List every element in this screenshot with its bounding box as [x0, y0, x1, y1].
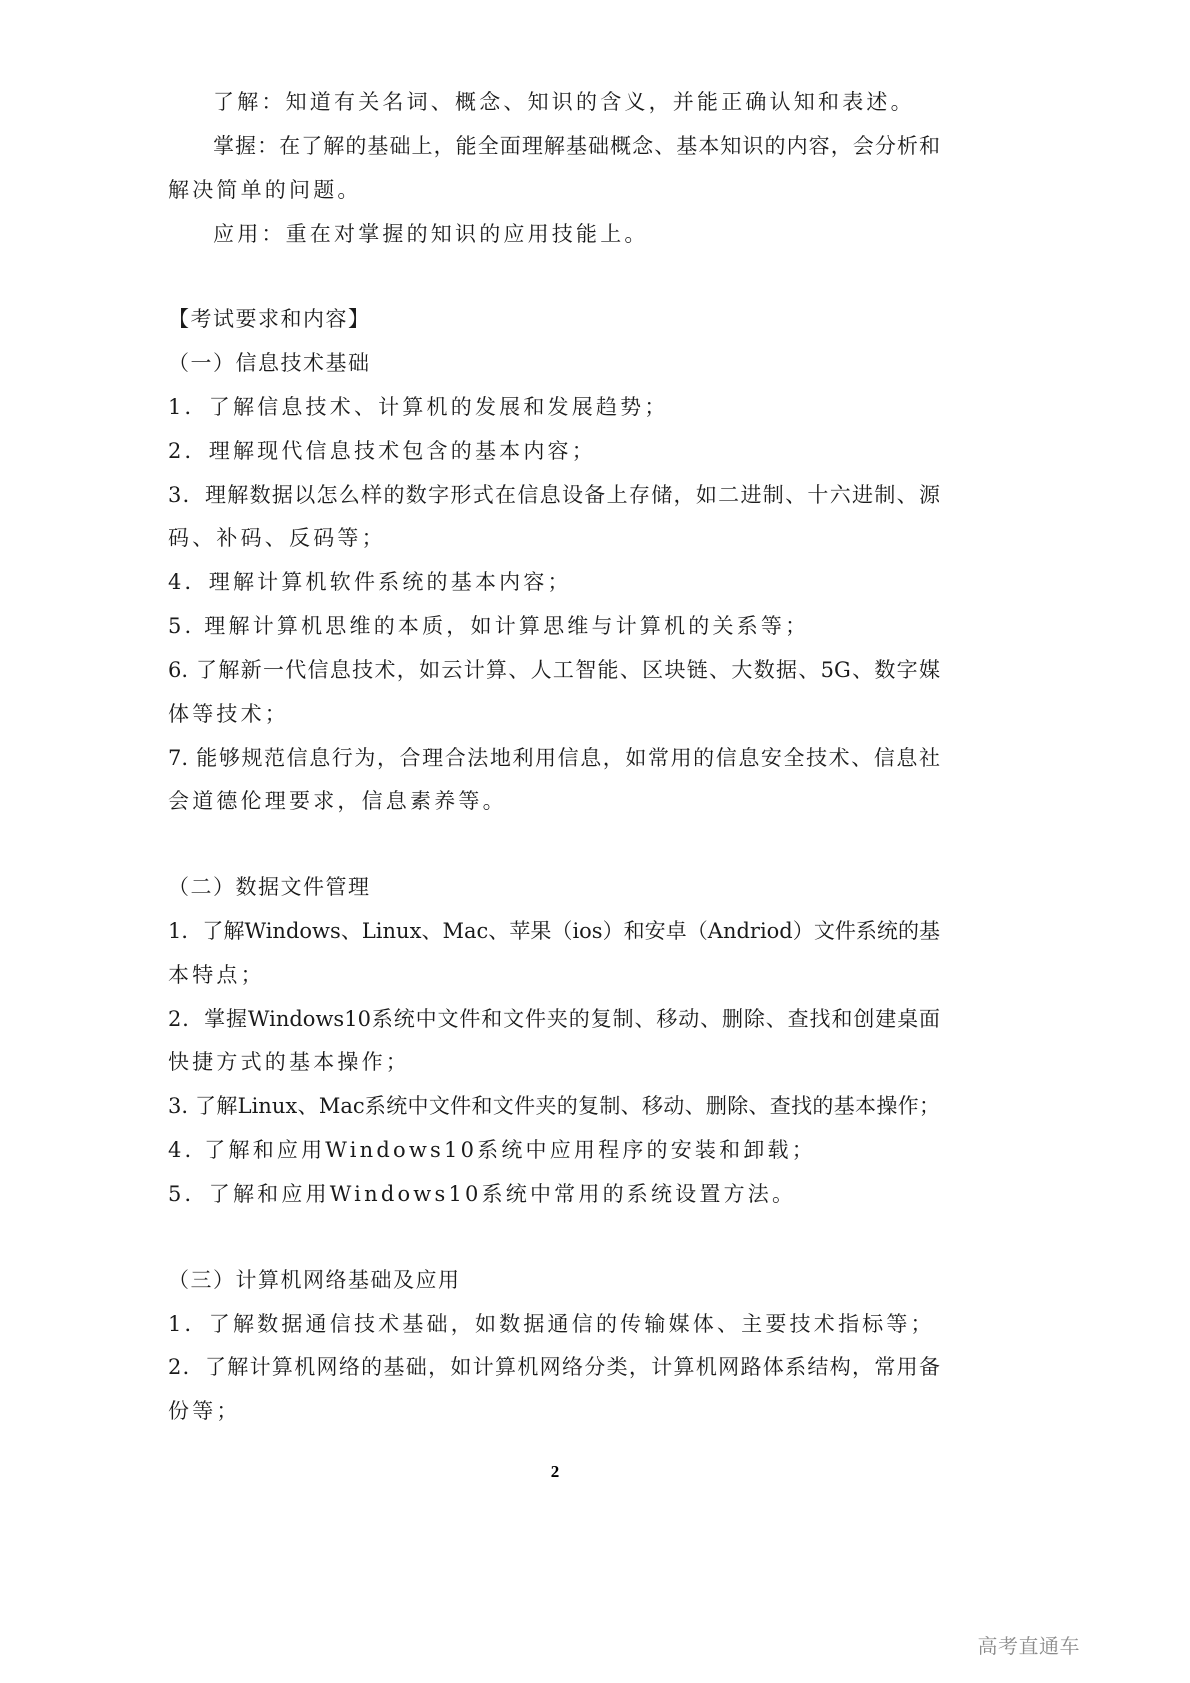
section-2-item-2-line2: 快捷方式的基本操作；: [168, 1048, 948, 1076]
section-3-item-2-line2: 份等；: [168, 1397, 948, 1425]
section-1-item-2: 2．理解现代信息技术包含的基本内容；: [168, 437, 948, 465]
section-3-item-1: 1．了解数据通信技术基础，如数据通信的传输媒体、主要技术指标等；: [168, 1310, 948, 1338]
section-1-item-1: 1．了解信息技术、计算机的发展和发展趋势；: [168, 393, 948, 421]
section-1-title: （一）信息技术基础: [168, 349, 948, 377]
exam-requirements-heading: 【考试要求和内容】: [168, 305, 948, 333]
section-1-item-5: 5. 理解计算机思维的本质，如计算思维与计算机的关系等；: [168, 612, 948, 640]
page-number: 2: [0, 1462, 1110, 1482]
section-2-item-4: 4. 了解和应用Windows10系统中应用程序的安装和卸载；: [168, 1136, 948, 1164]
section-1-item-6-line2: 体等技术；: [168, 700, 948, 728]
definition-master-line2: 解决简单的问题。: [168, 176, 948, 204]
section-2-title: （二）数据文件管理: [168, 873, 948, 901]
section-1-item-7-line2: 会道德伦理要求，信息素养等。: [168, 787, 948, 815]
section-1-item-3-line2: 码、补码、反码等；: [168, 524, 948, 552]
section-3-item-2-line1: 2．了解计算机网络的基础，如计算机网络分类，计算机网路体系结构，常用备: [168, 1353, 940, 1381]
section-1-item-4: 4．理解计算机软件系统的基本内容；: [168, 568, 948, 596]
definition-understand: 了解：知道有关名词、概念、知识的含义，并能正确认知和表述。: [213, 88, 993, 116]
section-1-item-7-line1: 7. 能够规范信息行为，合理合法地利用信息，如常用的信息安全技术、信息社: [168, 744, 940, 772]
section-2-item-3: 3. 了解Linux、Mac系统中文件和文件夹的复制、移动、删除、查找的基本操作…: [168, 1092, 940, 1120]
section-2-item-2-line1: 2．掌握Windows10系统中文件和文件夹的复制、移动、删除、查找和创建桌面: [168, 1005, 940, 1033]
watermark: 高考直通车: [978, 1630, 1081, 1659]
section-1-item-3-line1: 3．理解数据以怎么样的数字形式在信息设备上存储，如二进制、十六进制、源: [168, 481, 940, 509]
document-page: 了解：知道有关名词、概念、知识的含义，并能正确认知和表述。 掌握：在了解的基础上…: [0, 0, 1190, 1683]
section-2-item-1-line1: 1．了解Windows、Linux、Mac、苹果（ios）和安卓（Andriod…: [168, 917, 940, 945]
section-2-item-1-line2: 本特点；: [168, 961, 948, 989]
section-1-item-6-line1: 6. 了解新一代信息技术，如云计算、人工智能、区块链、大数据、5G、数字媒: [168, 656, 940, 684]
section-3-title: （三）计算机网络基础及应用: [168, 1266, 948, 1294]
definition-apply: 应用：重在对掌握的知识的应用技能上。: [213, 220, 993, 248]
definition-master-line1: 掌握：在了解的基础上，能全面理解基础概念、基本知识的内容，会分析和: [213, 132, 940, 160]
section-2-item-5: 5．了解和应用Windows10系统中常用的系统设置方法。: [168, 1180, 948, 1208]
